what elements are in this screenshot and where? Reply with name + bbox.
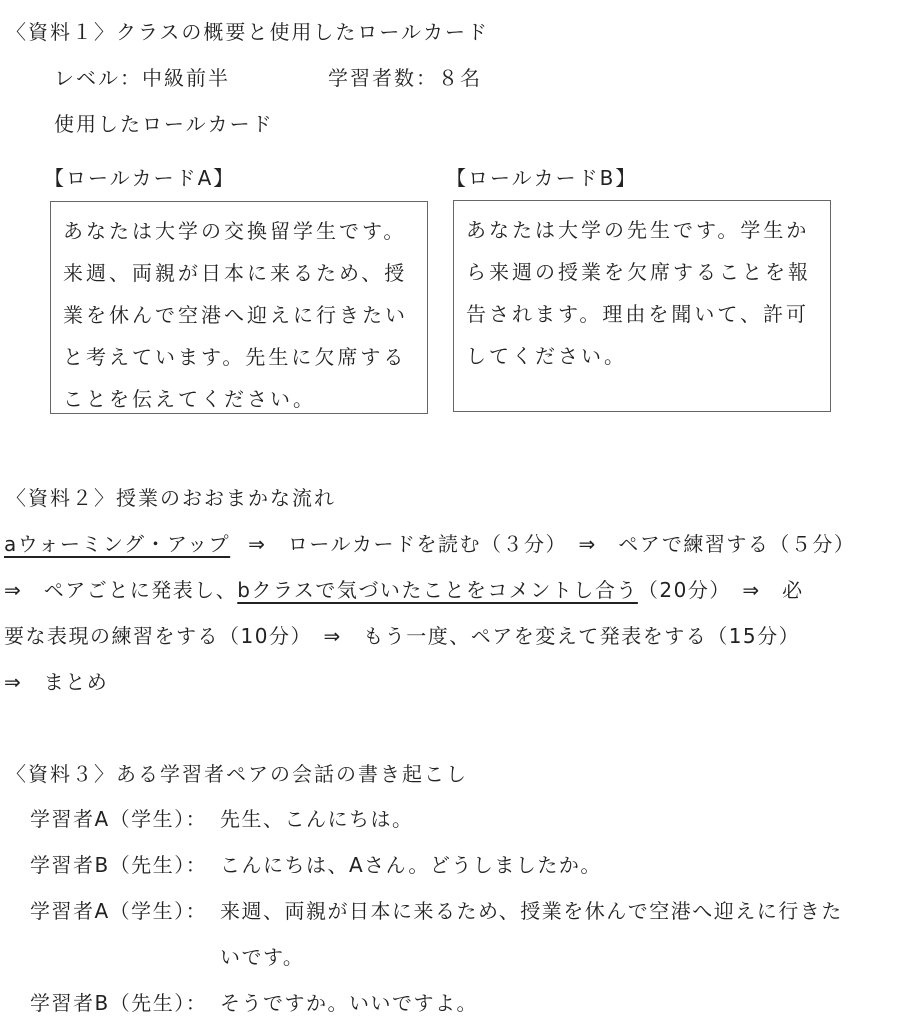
card-b-line: してください。 <box>466 335 820 377</box>
flow-line-2: ⇒ ペアごとに発表し、bクラスで気づいたことをコメントし合う（20分） ⇒ 必 <box>4 575 804 605</box>
flow-text: ⇒ ロールカードを読む（３分） ⇒ ペアで練習する（５分） <box>248 532 855 556</box>
card-a-line: ことを伝えてください。 <box>63 378 417 420</box>
flow-line-3: 要な表現の練習をする（10分） ⇒ もう一度、ペアを変えて発表をする（15分） <box>4 621 800 651</box>
class-level: レベル：中級前半 <box>54 64 230 92</box>
section3-heading: 〈資料３〉ある学習者ペアの会話の書き起こし <box>6 760 468 788</box>
speaker-label: 学習者B（先生）： <box>30 850 220 880</box>
card-b-line: 告されます。理由を聞いて、許可 <box>466 293 820 335</box>
card-b-line: ら来週の授業を欠席することを報 <box>466 251 820 293</box>
card-a-line: あなたは大学の交換留学生です。 <box>63 210 417 252</box>
role-card-b: あなたは大学の先生です。学生か ら来週の授業を欠席することを報 告されます。理由… <box>453 200 831 412</box>
underlined-b-comment: bクラスで気づいたことをコメントし合う <box>237 578 638 602</box>
speaker-label: 学習者B（先生）： <box>30 988 220 1018</box>
card-a-line: 業を休んで空港へ迎えに行きたい <box>63 294 417 336</box>
speaker-label: 学習者A（学生）： <box>30 896 220 926</box>
dialogue-line: いです。 <box>30 942 304 972</box>
utterance: そうですか。いいですよ。 <box>220 991 478 1015</box>
role-card-a-title: 【ロールカードA】 <box>44 164 235 192</box>
flow-line-4: ⇒ まとめ <box>4 667 108 697</box>
section1-heading: 〈資料１〉クラスの概要と使用したロールカード <box>6 18 489 46</box>
utterance: 来週、両親が日本に来るため、授業を休んで空港へ迎えに行きた <box>220 899 843 923</box>
card-a-line: と考えています。先生に欠席する <box>63 336 417 378</box>
role-cards-subheading: 使用したロールカード <box>54 110 274 138</box>
utterance: 先生、こんにちは。 <box>220 807 414 831</box>
section2-heading: 〈資料２〉授業のおおまかな流れ <box>6 484 336 512</box>
learner-count: 学習者数：８名 <box>328 64 482 92</box>
dialogue-line: 学習者A（学生）：先生、こんにちは。 <box>30 804 414 834</box>
underlined-a-warmup: aウォーミング・アップ <box>4 532 230 556</box>
role-card-b-title: 【ロールカードB】 <box>446 164 637 192</box>
dialogue-line: 学習者B（先生）：こんにちは、Aさん。どうしましたか。 <box>30 850 602 880</box>
dialogue-line: 学習者B（先生）：そうですか。いいですよ。 <box>30 988 478 1018</box>
utterance: いです。 <box>220 945 304 969</box>
flow-text: （20分） ⇒ 必 <box>638 578 804 602</box>
card-b-line: あなたは大学の先生です。学生か <box>466 209 820 251</box>
speaker-label: 学習者A（学生）： <box>30 804 220 834</box>
utterance: こんにちは、Aさん。どうしましたか。 <box>220 853 602 877</box>
flow-line-1: aウォーミング・アップ⇒ ロールカードを読む（３分） ⇒ ペアで練習する（５分） <box>4 529 855 559</box>
card-a-line: 来週、両親が日本に来るため、授 <box>63 252 417 294</box>
flow-text: ⇒ ペアごとに発表し、 <box>4 578 237 602</box>
role-card-a: あなたは大学の交換留学生です。 来週、両親が日本に来るため、授 業を休んで空港へ… <box>50 201 428 414</box>
dialogue-line: 学習者A（学生）：来週、両親が日本に来るため、授業を休んで空港へ迎えに行きた <box>30 896 843 926</box>
